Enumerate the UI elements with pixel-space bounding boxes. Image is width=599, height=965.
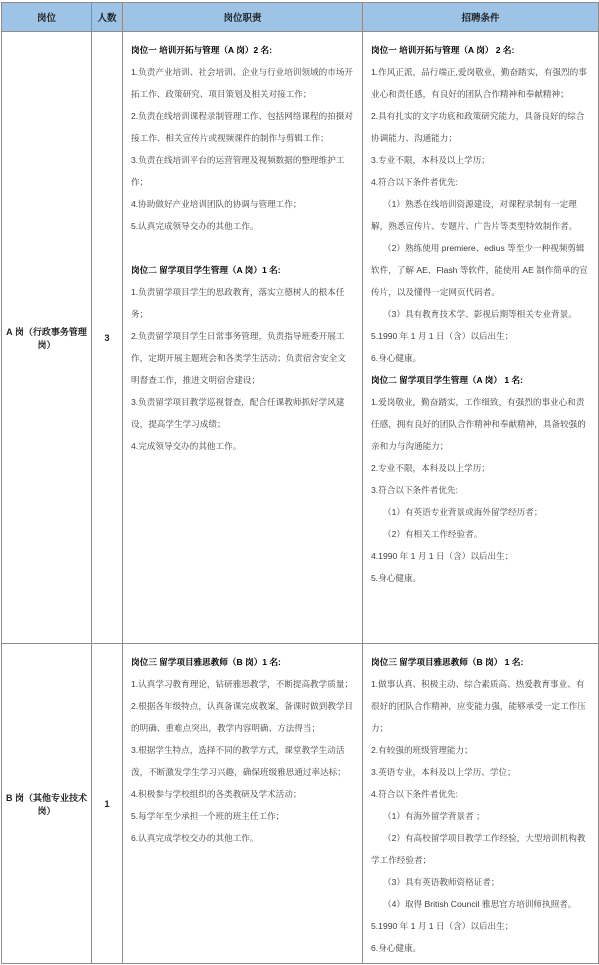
paragraph: （3）具有教育技术学、影视后期等相关专业背景。: [371, 303, 590, 325]
paragraph: 2.负责在线培训课程录制管理工作、包括网络课程的拍摄对接工作、相关宣传片或视频课…: [131, 105, 354, 149]
header-duties: 岗位职责: [123, 3, 363, 32]
paragraph: （2）熟练使用 premiere、edius 等至少一种视频剪辑软件，了解 AE…: [371, 237, 590, 303]
paragraph: 2.有较强的班级管理能力；: [371, 739, 590, 761]
paragraph: 1.做事认真、积极主动、综合素质高、热爱教育事业、有很好的团队合作精神，应变能力…: [371, 673, 590, 739]
position-cell: A 岗（行政事务管理岗）: [2, 32, 92, 644]
job-postings-table: 岗位 人数 岗位职责 招聘条件 A 岗（行政事务管理岗）3岗位一 培训开拓与管理…: [1, 2, 599, 964]
paragraph: 2.专业不限，本科及以上学历；: [371, 457, 590, 479]
paragraph: 4.积极参与学校组织的各类教研及学术活动；: [131, 783, 354, 805]
paragraph: 5.每学年至少承担一个班的班主任工作；: [131, 805, 354, 827]
section-heading: 岗位一 培训开拓与管理（A 岗）2 名:: [131, 39, 354, 61]
paragraph: 4.协助做好产业培训团队的协调与管理工作；: [131, 193, 354, 215]
paragraph: 1.负责留学项目学生的思政教育，落实立德树人的根本任务；: [131, 281, 354, 325]
paragraph: 3.符合以下条件者优先:: [371, 479, 590, 501]
paragraph: 4.符合以下条件者优先:: [371, 171, 590, 193]
paragraph: （1）有英语专业背景或海外留学经历者；: [371, 501, 590, 523]
paragraph: 2.根据各年级特点，认真备课完成教案，备课时做到教学目的明确、重难点突出，教学内…: [131, 695, 354, 739]
section-heading: 岗位三 留学项目雅思教师（B 岗） 1 名:: [371, 651, 590, 673]
paragraph: （4）取得 British Council 雅思官方培训师执照者。: [371, 893, 590, 915]
conditions-cell: 岗位三 留学项目雅思教师（B 岗） 1 名:1.做事认真、积极主动、综合素质高、…: [363, 644, 599, 964]
paragraph: 1.爱岗敬业，勤奋踏实，工作细致，有强烈的事业心和责任感，拥有良好的团队合作精神…: [371, 391, 590, 457]
paragraph: 3.英语专业，本科及以上学历、学位；: [371, 761, 590, 783]
paragraph: 3.根据学生特点，选择不同的教学方式，课堂教学生动活泼，不断激发学生学习兴趣，确…: [131, 739, 354, 783]
paragraph: 2.负责留学项目学生日常事务管理，负责指导班委开展工作，定期开展主题班会和各类学…: [131, 325, 354, 391]
section-heading: 岗位三 留学项目雅思教师（B 岗）1 名:: [131, 651, 354, 673]
position-cell: B 岗（其他专业技术岗）: [2, 644, 92, 964]
section-heading: 岗位二 留学项目学生管理（A 岗） 1 名:: [371, 369, 590, 391]
paragraph: 1.负责产业培训、社会培训、企业与行业培训领域的市场开拓工作、政策研究、项目策划…: [131, 61, 354, 105]
paragraph: 1.认真学习教育理论，钻研雅思教学，不断提高教学质量；: [131, 673, 354, 695]
table-header-row: 岗位 人数 岗位职责 招聘条件: [2, 3, 599, 32]
table-row: B 岗（其他专业技术岗）1岗位三 留学项目雅思教师（B 岗）1 名:1.认真学习…: [2, 644, 599, 964]
paragraph: 5.认真完成领导交办的其他工作。: [131, 215, 354, 237]
paragraph: 6.身心健康。: [371, 347, 590, 369]
paragraph: （1）熟悉在线培训资源建设，对课程录制有一定理解，熟悉宣传片、专题片、广告片等类…: [371, 193, 590, 237]
paragraph: 3.负责留学项目教学巡视督查，配合任课教师抓好学风建设，提高学生学习成绩；: [131, 391, 354, 435]
paragraph: （3）具有英语教师资格证者；: [371, 871, 590, 893]
section-heading: 岗位一 培训开拓与管理（A 岗） 2 名:: [371, 39, 590, 61]
paragraph: 6.身心健康。: [371, 937, 590, 959]
paragraph: 5.1990 年 1 月 1 日（含）以后出生；: [371, 325, 590, 347]
document-page: 岗位 人数 岗位职责 招聘条件 A 岗（行政事务管理岗）3岗位一 培训开拓与管理…: [0, 0, 599, 965]
paragraph: 4.符合以下条件者优先:: [371, 783, 590, 805]
duties-cell: 岗位三 留学项目雅思教师（B 岗）1 名:1.认真学习教育理论，钻研雅思教学，不…: [123, 644, 363, 964]
headcount-cell: 1: [92, 644, 123, 964]
paragraph: 2.具有扎实的文字功底和政策研究能力，具备良好的综合协调能力、沟通能力；: [371, 105, 590, 149]
section-heading: 岗位二 留学项目学生管理（A 岗）1 名:: [131, 259, 354, 281]
table-row: A 岗（行政事务管理岗）3岗位一 培训开拓与管理（A 岗）2 名:1.负责产业培…: [2, 32, 599, 644]
header-headcount: 人数: [92, 3, 123, 32]
paragraph: 1.作风正派，品行端正,爱岗敬业，勤奋踏实，有强烈的事业心和责任感，有良好的团队…: [371, 61, 590, 105]
paragraph: 3.专业不限，本科及以上学历；: [371, 149, 590, 171]
paragraph: （2）有高校留学项目教学工作经验，大型培训机构教学工作经验者；: [371, 827, 590, 871]
paragraph: （1）有海外留学背景者 ；: [371, 805, 590, 827]
paragraph: 5.1990 年 1 月 1 日（含）以后出生；: [371, 915, 590, 937]
header-position: 岗位: [2, 3, 92, 32]
paragraph: 4.完成领导交办的其他工作。: [131, 435, 354, 457]
paragraph: 3.负责在线培训平台的运营管理及视频数据的整理维护工作；: [131, 149, 354, 193]
paragraph: 5.身心健康。: [371, 567, 590, 589]
paragraph: 4.1990 年 1 月 1 日（含）以后出生；: [371, 545, 590, 567]
headcount-cell: 3: [92, 32, 123, 644]
header-conditions: 招聘条件: [363, 3, 599, 32]
paragraph: （2）有相关工作经验者。: [371, 523, 590, 545]
conditions-cell: 岗位一 培训开拓与管理（A 岗） 2 名:1.作风正派，品行端正,爱岗敬业，勤奋…: [363, 32, 599, 644]
duties-cell: 岗位一 培训开拓与管理（A 岗）2 名:1.负责产业培训、社会培训、企业与行业培…: [123, 32, 363, 644]
paragraph: 6.认真完成学校交办的其他工作。: [131, 827, 354, 849]
